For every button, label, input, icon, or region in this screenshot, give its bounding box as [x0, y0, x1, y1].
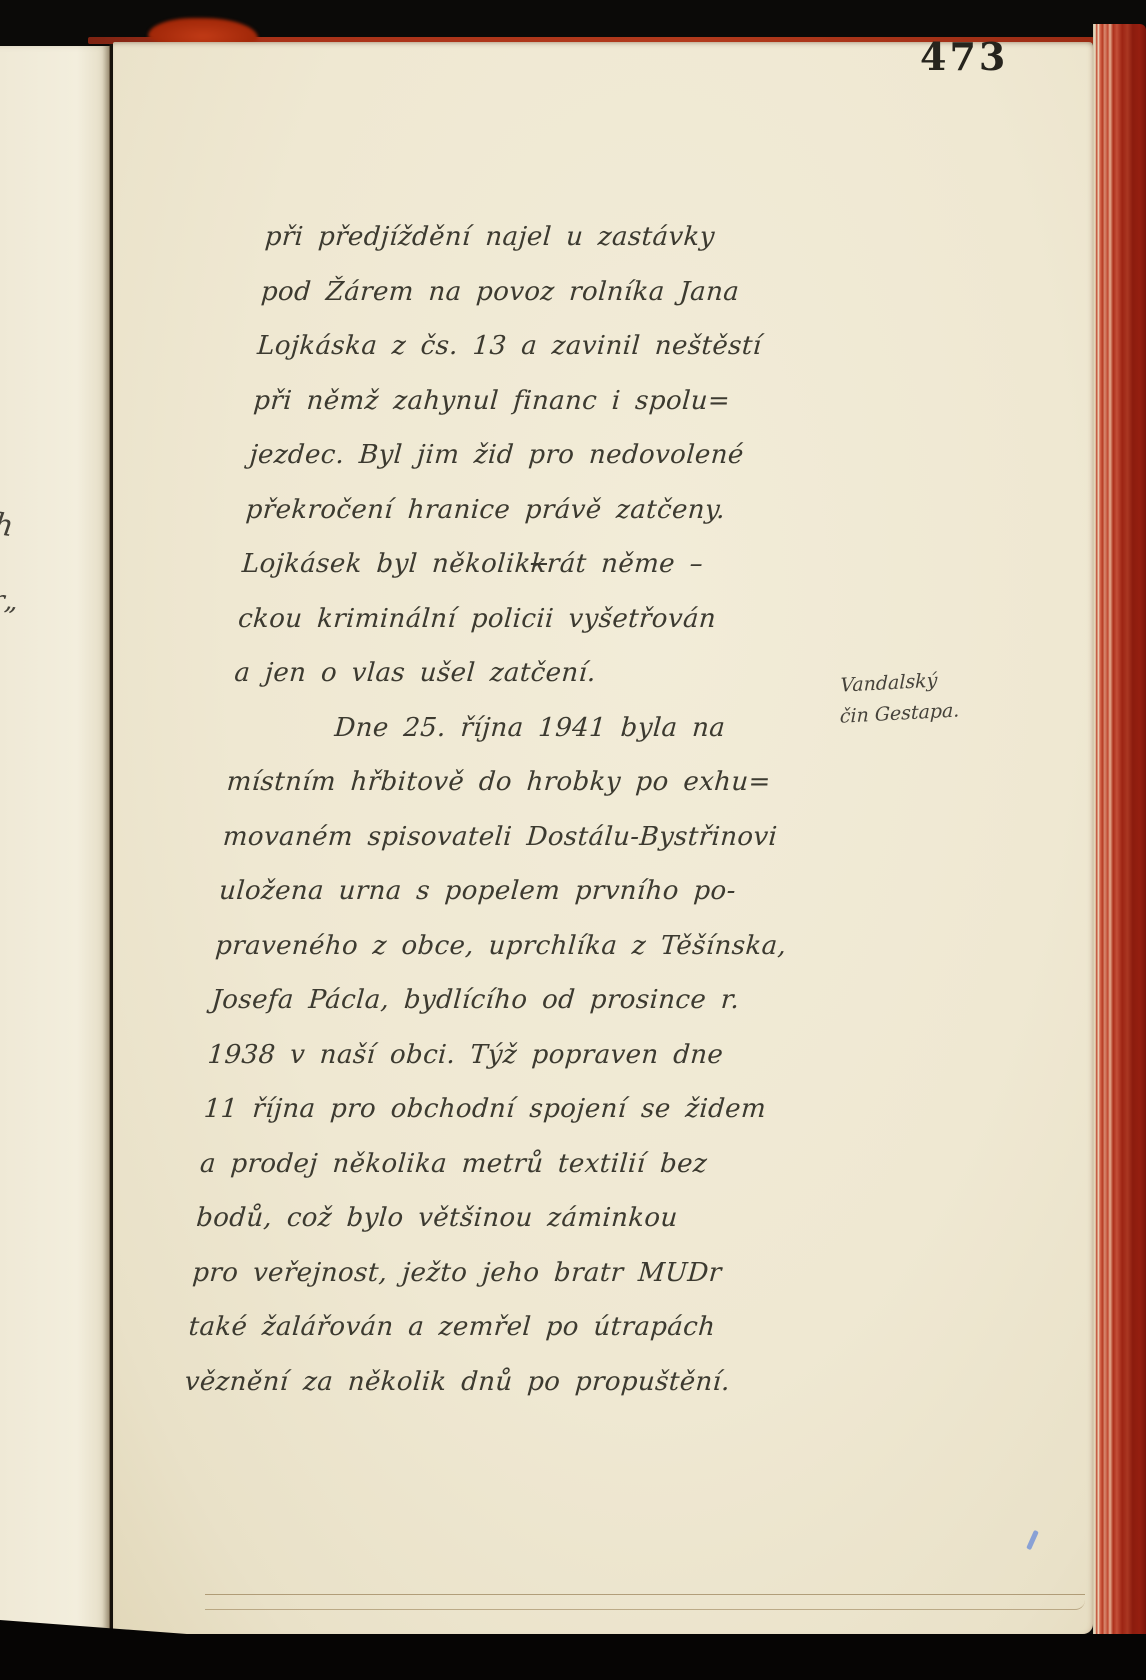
text-line: bodů, což bylo většinou záminkou — [194, 1203, 838, 1258]
text-segment: rát něme – — [546, 549, 704, 579]
text-line: a prodej několika metrů textilií bez — [197, 1149, 841, 1204]
text-line: také žalářován a zemřel po útrapách — [186, 1312, 830, 1367]
text-line: praveného z obce, uprchlíka z Těšínska, — [213, 931, 857, 986]
previous-page-text-fragment: r„ — [0, 585, 19, 618]
text-line: movaném spisovateli Dostálu-Bystřinovi — [220, 822, 864, 877]
text-line: místním hřbitově do hrobky po exhu= — [224, 767, 868, 822]
text-line: pro veřejnost, ježto jeho bratr MUDr — [190, 1258, 834, 1313]
handwritten-text-block: při předjíždění najel u zastávky pod Žár… — [182, 222, 906, 1421]
margin-note: Vandalský čin Gestapa. — [840, 661, 1021, 733]
text-segment: Lojkásek byl několik — [241, 549, 532, 579]
text-line: a jen o vlas ušel zatčení. — [232, 658, 876, 713]
text-line: překročení hranice právě zatčeny. — [243, 495, 887, 550]
text-line: 1938 v naší obci. Týž popraven dne — [205, 1040, 849, 1095]
text-line: věznění za několik dnů po propuštění. — [182, 1367, 826, 1422]
text-line: při předjíždění najel u zastávky — [262, 222, 906, 277]
underlying-page-edges — [205, 1594, 1085, 1610]
scan-background — [0, 1634, 1146, 1680]
text-line: ckou kriminální policii vyšetřován — [235, 604, 879, 659]
text-line: při němž zahynul financ i spolu= — [251, 386, 895, 441]
text-line: uložena urna s popelem prvního po- — [216, 876, 860, 931]
book-fore-edge-red-pages — [1093, 24, 1146, 1680]
text-line-with-correction: Lojkásek byl několikkrát něme – — [239, 549, 883, 604]
text-line: Lojkáska z čs. 13 a zavinil neštěstí — [254, 331, 898, 386]
text-line: jezdec. Byl jim žid pro nedovolené — [247, 440, 891, 495]
text-line: 11 října pro obchodní spojení se židem — [201, 1094, 845, 1149]
text-line-paragraph-start: Dne 25. října 1941 byla na — [228, 713, 872, 768]
text-line: pod Žárem na povoz rolníka Jana — [258, 277, 902, 332]
page-number: 473 — [920, 34, 1008, 79]
text-line: Josefa Pácla, bydlícího od prosince r. — [209, 985, 853, 1040]
previous-page-edge: h r„ — [0, 46, 110, 1630]
previous-page-text-fragment: h — [0, 507, 16, 544]
